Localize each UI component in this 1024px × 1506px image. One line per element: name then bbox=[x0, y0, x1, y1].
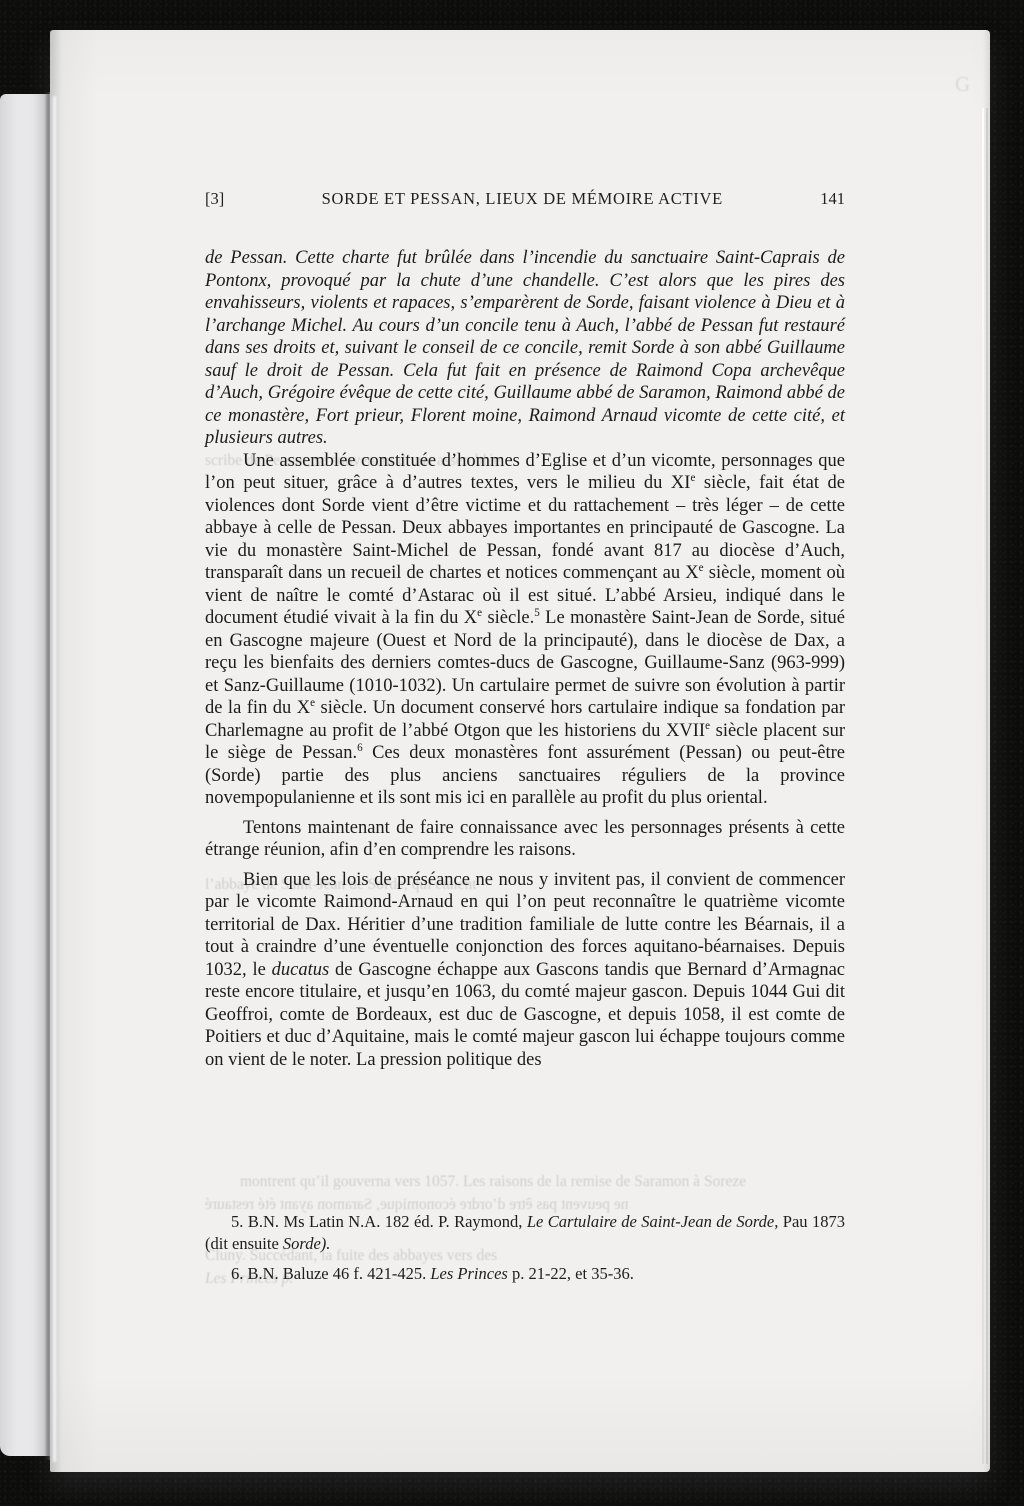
text-run: Le Cartulaire de Saint-Jean de Sorde, bbox=[527, 1212, 779, 1231]
text-run: 5. B.N. Ms Latin N.A. 182 éd. P. Raymond… bbox=[231, 1212, 527, 1231]
paragraph-tentons: Tentons maintenant de faire connaissance… bbox=[205, 817, 845, 862]
text-run: Tentons maintenant de faire connaissance… bbox=[205, 818, 845, 861]
section-marker: [3] bbox=[205, 189, 224, 209]
scanner-background: { "page": { "paper_color": "#f1f0ee", "b… bbox=[0, 0, 1024, 1506]
footnotes: 5. B.N. Ms Latin N.A. 182 éd. P. Raymond… bbox=[205, 1211, 845, 1294]
quoted-charter-paragraph: de Pessan. Cette charte fut brûlée dans … bbox=[205, 247, 845, 450]
page-body: de Pessan. Cette charte fut brûlée dans … bbox=[205, 247, 845, 1071]
running-header: [3] SORDE ET PESSAN, LIEUX DE MÉMOIRE AC… bbox=[205, 189, 845, 209]
paragraph-bien-que: Bien que les lois de préséance ne nous y… bbox=[205, 869, 845, 1072]
smudge-mark: G bbox=[955, 72, 970, 97]
book-page: [3] SORDE ET PESSAN, LIEUX DE MÉMOIRE AC… bbox=[50, 30, 990, 1472]
text-run: Les Princes bbox=[430, 1264, 507, 1283]
running-title: SORDE ET PESSAN, LIEUX DE MÉMOIRE ACTIVE bbox=[322, 189, 723, 209]
text-run: Sorde). bbox=[283, 1234, 331, 1253]
text-run: ducatus bbox=[272, 960, 330, 980]
paragraph-une-assemblee: Une assemblée constituée d’hommes d’Egli… bbox=[205, 450, 845, 810]
page-number: 141 bbox=[820, 189, 845, 209]
text-run: 6. B.N. Baluze 46 f. 421-425. bbox=[231, 1264, 430, 1283]
text-run: siècle. bbox=[482, 608, 534, 628]
text-run: de Pessan. Cette charte fut brûlée dans … bbox=[205, 248, 845, 448]
text-run: p. 21-22, et 35-36. bbox=[508, 1264, 634, 1283]
footnote-6: 6. B.N. Baluze 46 f. 421-425. Les Prince… bbox=[205, 1263, 845, 1285]
show-through-text: montrent qu’il gouverna vers 1057. Les r… bbox=[240, 1173, 746, 1191]
footnote-5: 5. B.N. Ms Latin N.A. 182 éd. P. Raymond… bbox=[205, 1211, 845, 1254]
facing-page-edge bbox=[0, 94, 50, 1456]
